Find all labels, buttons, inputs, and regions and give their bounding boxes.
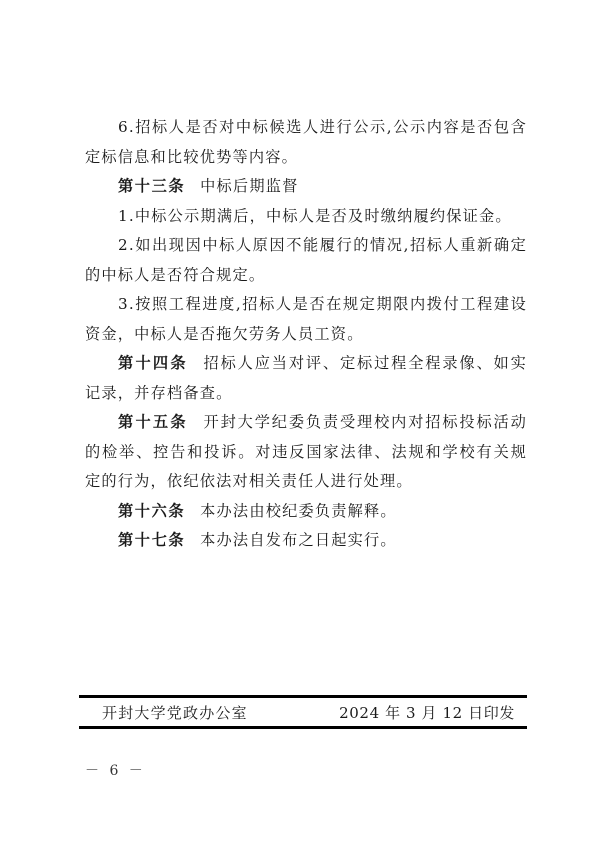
page-number: － 6 － [85, 760, 146, 780]
document-page: 6.招标人是否对中标候选人进行公示,公示内容是否包含定标信息和比较优势等内容。 … [0, 0, 596, 841]
article-heading: 第十四条 [118, 354, 188, 372]
article-13: 第十三条中标后期监督 [85, 172, 527, 202]
paragraph-text: 6.招标人是否对中标候选人进行公示,公示内容是否包含定标信息和比较优势等内容。 [85, 118, 527, 166]
paragraph-text: 2.如出现因中标人原因不能履行的情况,招标人重新确定的中标人是否符合规定。 [85, 236, 527, 284]
paragraph-text: 1.中标公示期满后，中标人是否及时缴纳履约保证金。 [118, 207, 512, 225]
article-text: 本办法由校纪委负责解释。 [200, 502, 397, 520]
paragraph-text: 3.按照工程进度,招标人是否在规定期限内拨付工程建设资金，中标人是否拖欠劳务人员… [85, 295, 527, 343]
imprint-date: 2024 年 3 月 12 日印发 [339, 700, 515, 726]
article-heading: 第十三条 [118, 177, 185, 195]
article-heading: 第十五条 [118, 413, 188, 431]
document-body: 6.招标人是否对中标候选人进行公示,公示内容是否包含定标信息和比较优势等内容。 … [85, 113, 527, 556]
imprint-issuer: 开封大学党政办公室 [102, 700, 248, 726]
paragraph-item-3: 3.按照工程进度,招标人是否在规定期限内拨付工程建设资金，中标人是否拖欠劳务人员… [85, 290, 527, 349]
article-text: 中标后期监督 [200, 177, 298, 195]
article-14: 第十四条招标人应当对评、定标过程全程录像、如实记录，并存档备查。 [85, 349, 527, 408]
imprint-bottom-rule [79, 726, 527, 729]
article-heading: 第十七条 [118, 531, 185, 549]
article-heading: 第十六条 [118, 502, 185, 520]
paragraph-item-6: 6.招标人是否对中标候选人进行公示,公示内容是否包含定标信息和比较优势等内容。 [85, 113, 527, 172]
article-text: 本办法自发布之日起实行。 [200, 531, 397, 549]
paragraph-item-1: 1.中标公示期满后，中标人是否及时缴纳履约保证金。 [85, 202, 527, 232]
imprint-block: 开封大学党政办公室 2024 年 3 月 12 日印发 [79, 700, 527, 726]
imprint-top-rule [79, 695, 527, 698]
article-17: 第十七条本办法自发布之日起实行。 [85, 526, 527, 556]
article-16: 第十六条本办法由校纪委负责解释。 [85, 497, 527, 527]
article-15: 第十五条开封大学纪委负责受理校内对招标投标活动的检举、控告和投诉。对违反国家法律… [85, 408, 527, 497]
paragraph-item-2: 2.如出现因中标人原因不能履行的情况,招标人重新确定的中标人是否符合规定。 [85, 231, 527, 290]
